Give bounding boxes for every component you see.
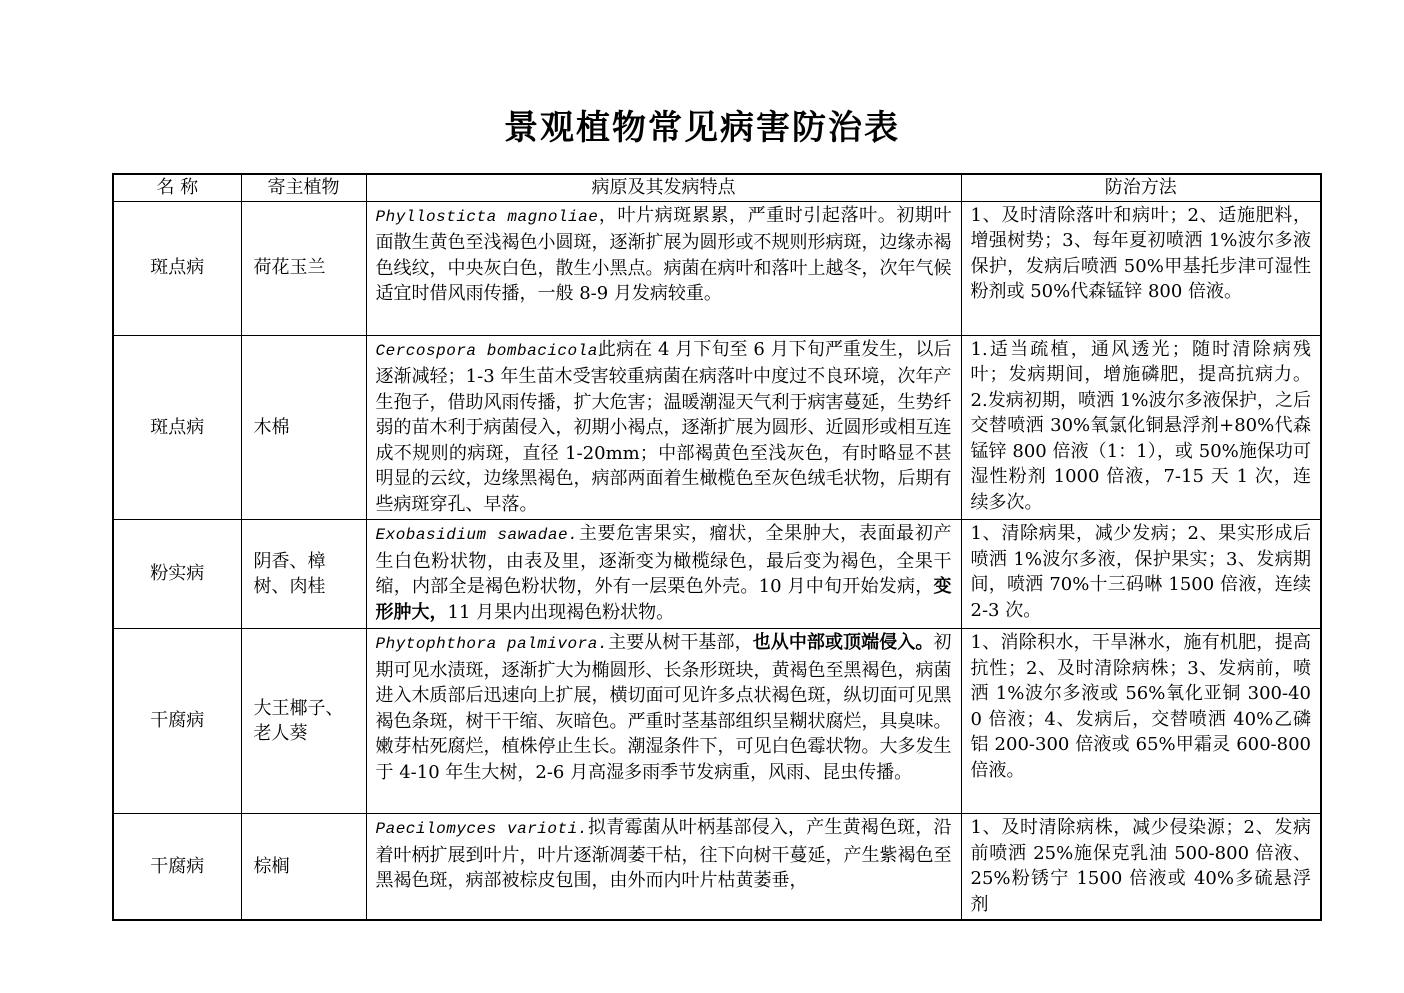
table-row: 干腐病棕榈Paecilomyces varioti.拟青霉菌从叶柄基部侵入，产生…	[113, 814, 1321, 921]
pathogen-cell: Paecilomyces varioti.拟青霉菌从叶柄基部侵入，产生黄褐色斑，…	[366, 814, 961, 921]
pathogen-latin-name: Phyllosticta magnoliae	[376, 208, 599, 226]
prevention-cell: 1、清除病果，减少发病；2、果实形成后喷洒 1%波尔多液，保护果实；3、发病期间…	[961, 520, 1321, 629]
pathogen-text: 11 月果内出现褐色粉状物。	[448, 602, 675, 623]
page-title: 景观植物常见病害防治表	[0, 100, 1404, 149]
pathogen-cell: Exobasidium sawadae.主要危害果实，瘤状，全果肿大，表面最初产…	[366, 520, 961, 629]
table-body: 斑点病荷花玉兰Phyllosticta magnoliae，叶片病斑累累，严重时…	[113, 201, 1321, 920]
table-row: 粉实病阴香、樟树、肉桂Exobasidium sawadae.主要危害果实，瘤状…	[113, 520, 1321, 629]
prevention-cell: 1、及时清除落叶和病叶；2、适施肥料，增强树势；3、每年夏初喷洒 1%波尔多液保…	[961, 201, 1321, 335]
header-prevention: 防治方法	[961, 174, 1321, 201]
disease-name-cell: 粉实病	[113, 520, 241, 629]
disease-table: 名 称 寄主植物 病原及其发病特点 防治方法 斑点病荷花玉兰Phyllostic…	[112, 173, 1322, 921]
pathogen-latin-name: Exobasidium sawadae.	[376, 526, 579, 544]
pathogen-text: 初期可见水渍斑，逐渐扩大为椭圆形、长条形斑块，黄褐色至黑褐色，病菌进入木质部后迅…	[376, 632, 952, 783]
document-page: 景观植物常见病害防治表 名 称 寄主植物 病原及其发病特点 防治方法 斑点病荷花…	[0, 0, 1404, 993]
pathogen-text: 也从中部或顶端侵入。	[753, 632, 934, 653]
disease-name-cell: 斑点病	[113, 335, 241, 520]
prevention-cell: 1、消除积水，干旱淋水，施有机肥，提高抗性；2、及时清除病株；3、发病前，喷洒 …	[961, 629, 1321, 814]
prevention-cell: 1.适当疏植，通风透光；随时清除病残叶；发病期间，增施磷肥，提高抗病力。2.发病…	[961, 335, 1321, 520]
host-plant-cell: 棕榈	[241, 814, 366, 921]
header-disease-name: 名 称	[113, 174, 241, 201]
pathogen-latin-name: Phytophthora palmivora.	[376, 635, 608, 653]
host-plant-cell: 阴香、樟树、肉桂	[241, 520, 366, 629]
disease-name-cell: 干腐病	[113, 629, 241, 814]
host-plant-cell: 大王椰子、老人葵	[241, 629, 366, 814]
header-pathogen: 病原及其发病特点	[366, 174, 961, 201]
pathogen-latin-name: Cercospora bombacicola	[376, 342, 598, 360]
pathogen-latin-name: Paecilomyces varioti.	[376, 820, 588, 838]
header-host-plant: 寄主植物	[241, 174, 366, 201]
table-row: 斑点病荷花玉兰Phyllosticta magnoliae，叶片病斑累累，严重时…	[113, 201, 1321, 335]
host-plant-cell: 荷花玉兰	[241, 201, 366, 335]
host-plant-cell: 木棉	[241, 335, 366, 520]
table-row: 斑点病木棉Cercospora bombacicola此病在 4 月下旬至 6 …	[113, 335, 1321, 520]
prevention-cell: 1、及时清除病株，减少侵染源；2、发病前喷洒 25%施保克乳油 500-800 …	[961, 814, 1321, 921]
pathogen-cell: Cercospora bombacicola此病在 4 月下旬至 6 月下旬严重…	[366, 335, 961, 520]
disease-name-cell: 干腐病	[113, 814, 241, 921]
pathogen-text: 此病在 4 月下旬至 6 月下旬严重发生，以后逐渐减轻；1-3 年生苗木受害较重…	[376, 339, 952, 515]
disease-name-cell: 斑点病	[113, 201, 241, 335]
table-header-row: 名 称 寄主植物 病原及其发病特点 防治方法	[113, 174, 1321, 201]
table-row: 干腐病大王椰子、老人葵Phytophthora palmivora.主要从树干基…	[113, 629, 1321, 814]
pathogen-cell: Phyllosticta magnoliae，叶片病斑累累，严重时引起落叶。初期…	[366, 201, 961, 335]
pathogen-cell: Phytophthora palmivora.主要从树干基部，也从中部或顶端侵入…	[366, 629, 961, 814]
pathogen-text: 主要从树干基部，	[608, 632, 753, 653]
